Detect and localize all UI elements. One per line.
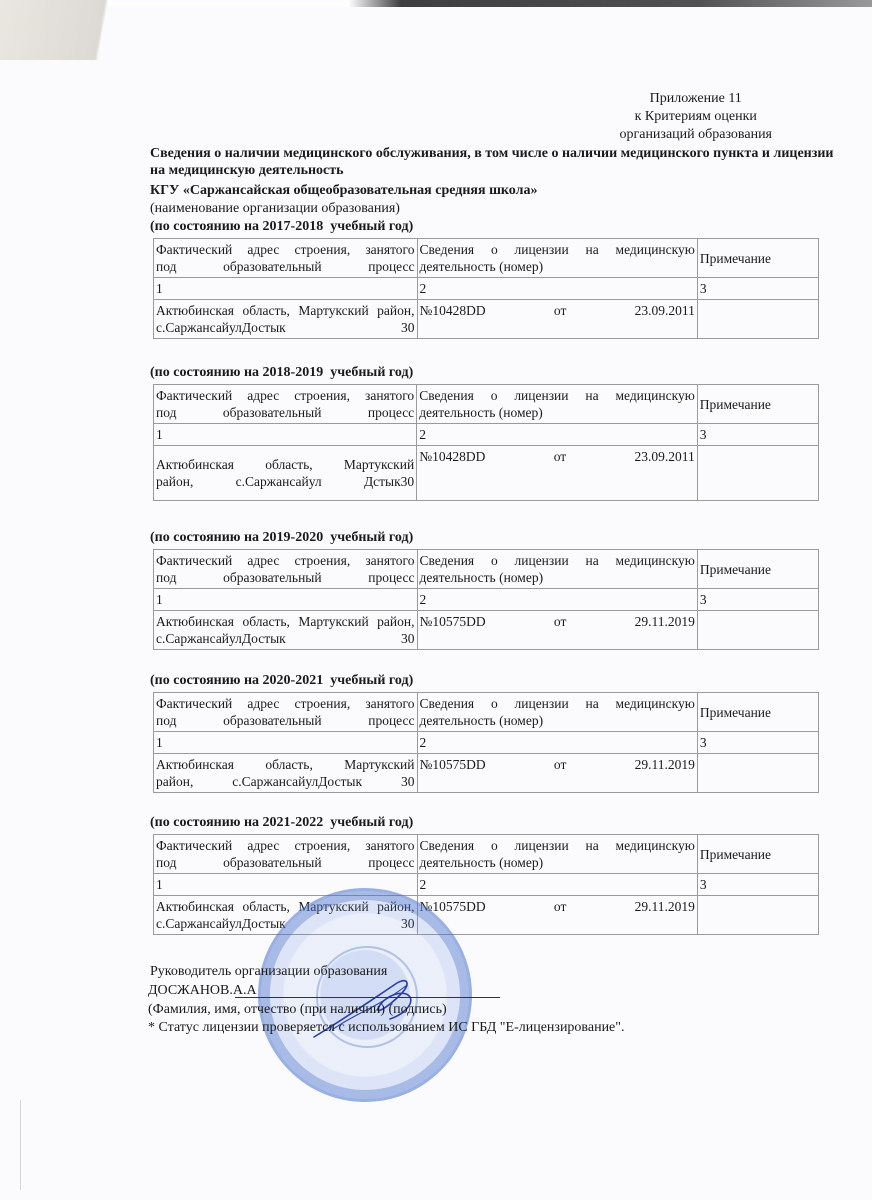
license-table-2017-2018: Фактический адрес строения, занятогопод …: [153, 238, 819, 339]
header-address-line1: Фактический адрес строения, занятого: [156, 387, 414, 404]
col-number-3: 3: [697, 732, 818, 754]
col-number-3: 3: [697, 278, 818, 300]
header-note: Примечание: [697, 835, 818, 874]
header-license-line2: деятельность (номер): [420, 854, 695, 871]
year-label-2018-2019: (по состоянию на 2018-2019 учебный год): [150, 365, 413, 381]
license-from: от: [554, 448, 566, 465]
table-row: Актюбинская область, Мартукский район,с.…: [154, 896, 819, 935]
header-address-line1: Фактический адрес строения, занятого: [156, 695, 415, 712]
header-license-line1: Сведения о лицензии на медицинскую: [420, 695, 695, 712]
license-from: от: [554, 898, 566, 915]
header-address-line1: Фактический адрес строения, занятого: [156, 241, 415, 258]
column-number-row: 1 2 3: [154, 424, 819, 446]
year-label-2019-2020: (по состоянию на 2019-2020 учебный год): [150, 530, 413, 546]
year-label-2021-2022: (по состоянию на 2021-2022 учебный год): [150, 815, 413, 831]
header-license-line2: деятельность (номер): [419, 404, 695, 421]
table-header-row: Фактический адрес строения, занятогопод …: [154, 835, 819, 874]
license-status-footnote: * Статус лицензии проверяется с использо…: [148, 1020, 625, 1036]
header-license-line2: деятельность (номер): [420, 712, 695, 729]
col-number-2: 2: [417, 278, 697, 300]
license-date: 29.11.2019: [635, 756, 695, 773]
license-number: №10428DD: [419, 448, 485, 465]
director-label: Руководитель организации образования: [150, 964, 387, 980]
col-number-2: 2: [417, 589, 697, 611]
column-number-row: 1 2 3: [154, 732, 819, 754]
col-number-1: 1: [154, 278, 418, 300]
header-license-line2: деятельность (номер): [420, 258, 695, 275]
address-line1: Актюбинская область, Мартукский район,: [156, 613, 415, 630]
col-number-2: 2: [417, 732, 697, 754]
note-cell: [697, 754, 818, 793]
header-note: Примечание: [697, 550, 818, 589]
table-header-row: Фактический адрес строения, занятогопод …: [154, 693, 819, 732]
header-note: Примечание: [697, 693, 818, 732]
header-address-line2: под образовательный процесс: [156, 404, 414, 421]
header-license-line2: деятельность (номер): [420, 569, 695, 586]
header-license-line1: Сведения о лицензии на медицинскую: [420, 241, 695, 258]
appendix-line-1: Приложение 11: [619, 90, 772, 108]
col-number-3: 3: [697, 589, 818, 611]
header-license-line1: Сведения о лицензии на медицинскую: [419, 387, 695, 404]
year-label-2017-2018: (по состоянию на 2017-2018 учебный год): [150, 219, 413, 235]
license-table-2019-2020: Фактический адрес строения, занятогопод …: [153, 549, 819, 650]
table-header-row: Фактический адрес строения, занятогопод …: [154, 550, 819, 589]
address-line1: Актюбинская область, Мартукский: [156, 756, 415, 773]
note-cell: [697, 300, 818, 339]
appendix-line-3: организаций образования: [619, 126, 772, 144]
header-note: Примечание: [697, 239, 818, 278]
year-label-2020-2021: (по состоянию на 2020-2021 учебный год): [150, 673, 413, 689]
address-line2: район, с.Саржансайул Дстык30: [156, 473, 414, 490]
license-table-2018-2019: Фактический адрес строения, занятогопод …: [153, 384, 819, 501]
license-date: 29.11.2019: [635, 613, 695, 630]
header-address-line2: под образовательный процесс: [156, 712, 415, 729]
column-number-row: 1 2 3: [154, 278, 819, 300]
col-number-1: 1: [154, 424, 417, 446]
table-row: Актюбинская область, Мартукский район,с.…: [154, 300, 819, 339]
header-address-line1: Фактический адрес строения, занятого: [156, 837, 415, 854]
address-line1: Актюбинская область, Мартукский район,: [156, 302, 415, 319]
header-address-line2: под образовательный процесс: [156, 258, 415, 275]
col-number-1: 1: [154, 589, 418, 611]
organization-name: КГУ «Саржансайская общеобразовательная с…: [150, 183, 537, 199]
header-address-line1: Фактический адрес строения, занятого: [156, 552, 415, 569]
note-cell: [697, 446, 818, 501]
table-row: Актюбинская область, Мартукскийрайон, с.…: [154, 754, 819, 793]
header-address-line2: под образовательный процесс: [156, 854, 415, 871]
note-cell: [697, 896, 818, 935]
header-note: Примечание: [697, 385, 818, 424]
fio-caption: (Фамилия, имя, отчество (при наличии) (п…: [148, 1002, 447, 1018]
address-line2: с.СаржансайулДостык 30: [156, 630, 415, 647]
organization-caption: (наименование организации образования): [150, 201, 400, 217]
license-date: 23.09.2011: [635, 448, 695, 465]
license-from: от: [554, 613, 566, 630]
address-line2: район, с.СаржансайулДостык 30: [156, 773, 415, 790]
column-number-row: 1 2 3: [154, 589, 819, 611]
license-from: от: [554, 756, 566, 773]
license-from: от: [554, 302, 566, 319]
scan-folded-corner: [0, 0, 140, 60]
license-table-2020-2021: Фактический адрес строения, занятогопод …: [153, 692, 819, 793]
col-number-2: 2: [417, 874, 697, 896]
license-date: 23.09.2011: [635, 302, 695, 319]
header-license-line1: Сведения о лицензии на медицинскую: [420, 552, 695, 569]
col-number-1: 1: [154, 732, 418, 754]
appendix-line-2: к Критериям оценки: [619, 108, 772, 126]
col-number-3: 3: [697, 874, 818, 896]
document-title: Сведения о наличии медицинского обслужив…: [150, 145, 840, 179]
col-number-3: 3: [697, 424, 818, 446]
license-number: №10575DD: [420, 613, 486, 630]
license-number: №10428DD: [420, 302, 486, 319]
license-date: 29.11.2019: [635, 898, 695, 915]
header-license-line1: Сведения о лицензии на медицинскую: [420, 837, 695, 854]
scan-artifact-line: [20, 1100, 21, 1190]
table-header-row: Фактический адрес строения, занятогопод …: [154, 239, 819, 278]
table-header-row: Фактический адрес строения, занятогопод …: [154, 385, 819, 424]
address-line1: Актюбинская область, Мартукский: [156, 456, 414, 473]
address-line2: с.СаржансайулДостык 30: [156, 319, 415, 336]
col-number-2: 2: [417, 424, 698, 446]
header-address-line2: под образовательный процесс: [156, 569, 415, 586]
license-table-2021-2022: Фактический адрес строения, занятогопод …: [153, 834, 819, 935]
appendix-reference: Приложение 11 к Критериям оценки организ…: [619, 90, 772, 144]
signature-line: [235, 997, 500, 998]
note-cell: [697, 611, 818, 650]
table-row: Актюбинская область, Мартукский район,с.…: [154, 611, 819, 650]
table-row: Актюбинская область, Мартукскийрайон, с.…: [154, 446, 819, 501]
column-number-row: 1 2 3: [154, 874, 819, 896]
license-number: №10575DD: [420, 756, 486, 773]
